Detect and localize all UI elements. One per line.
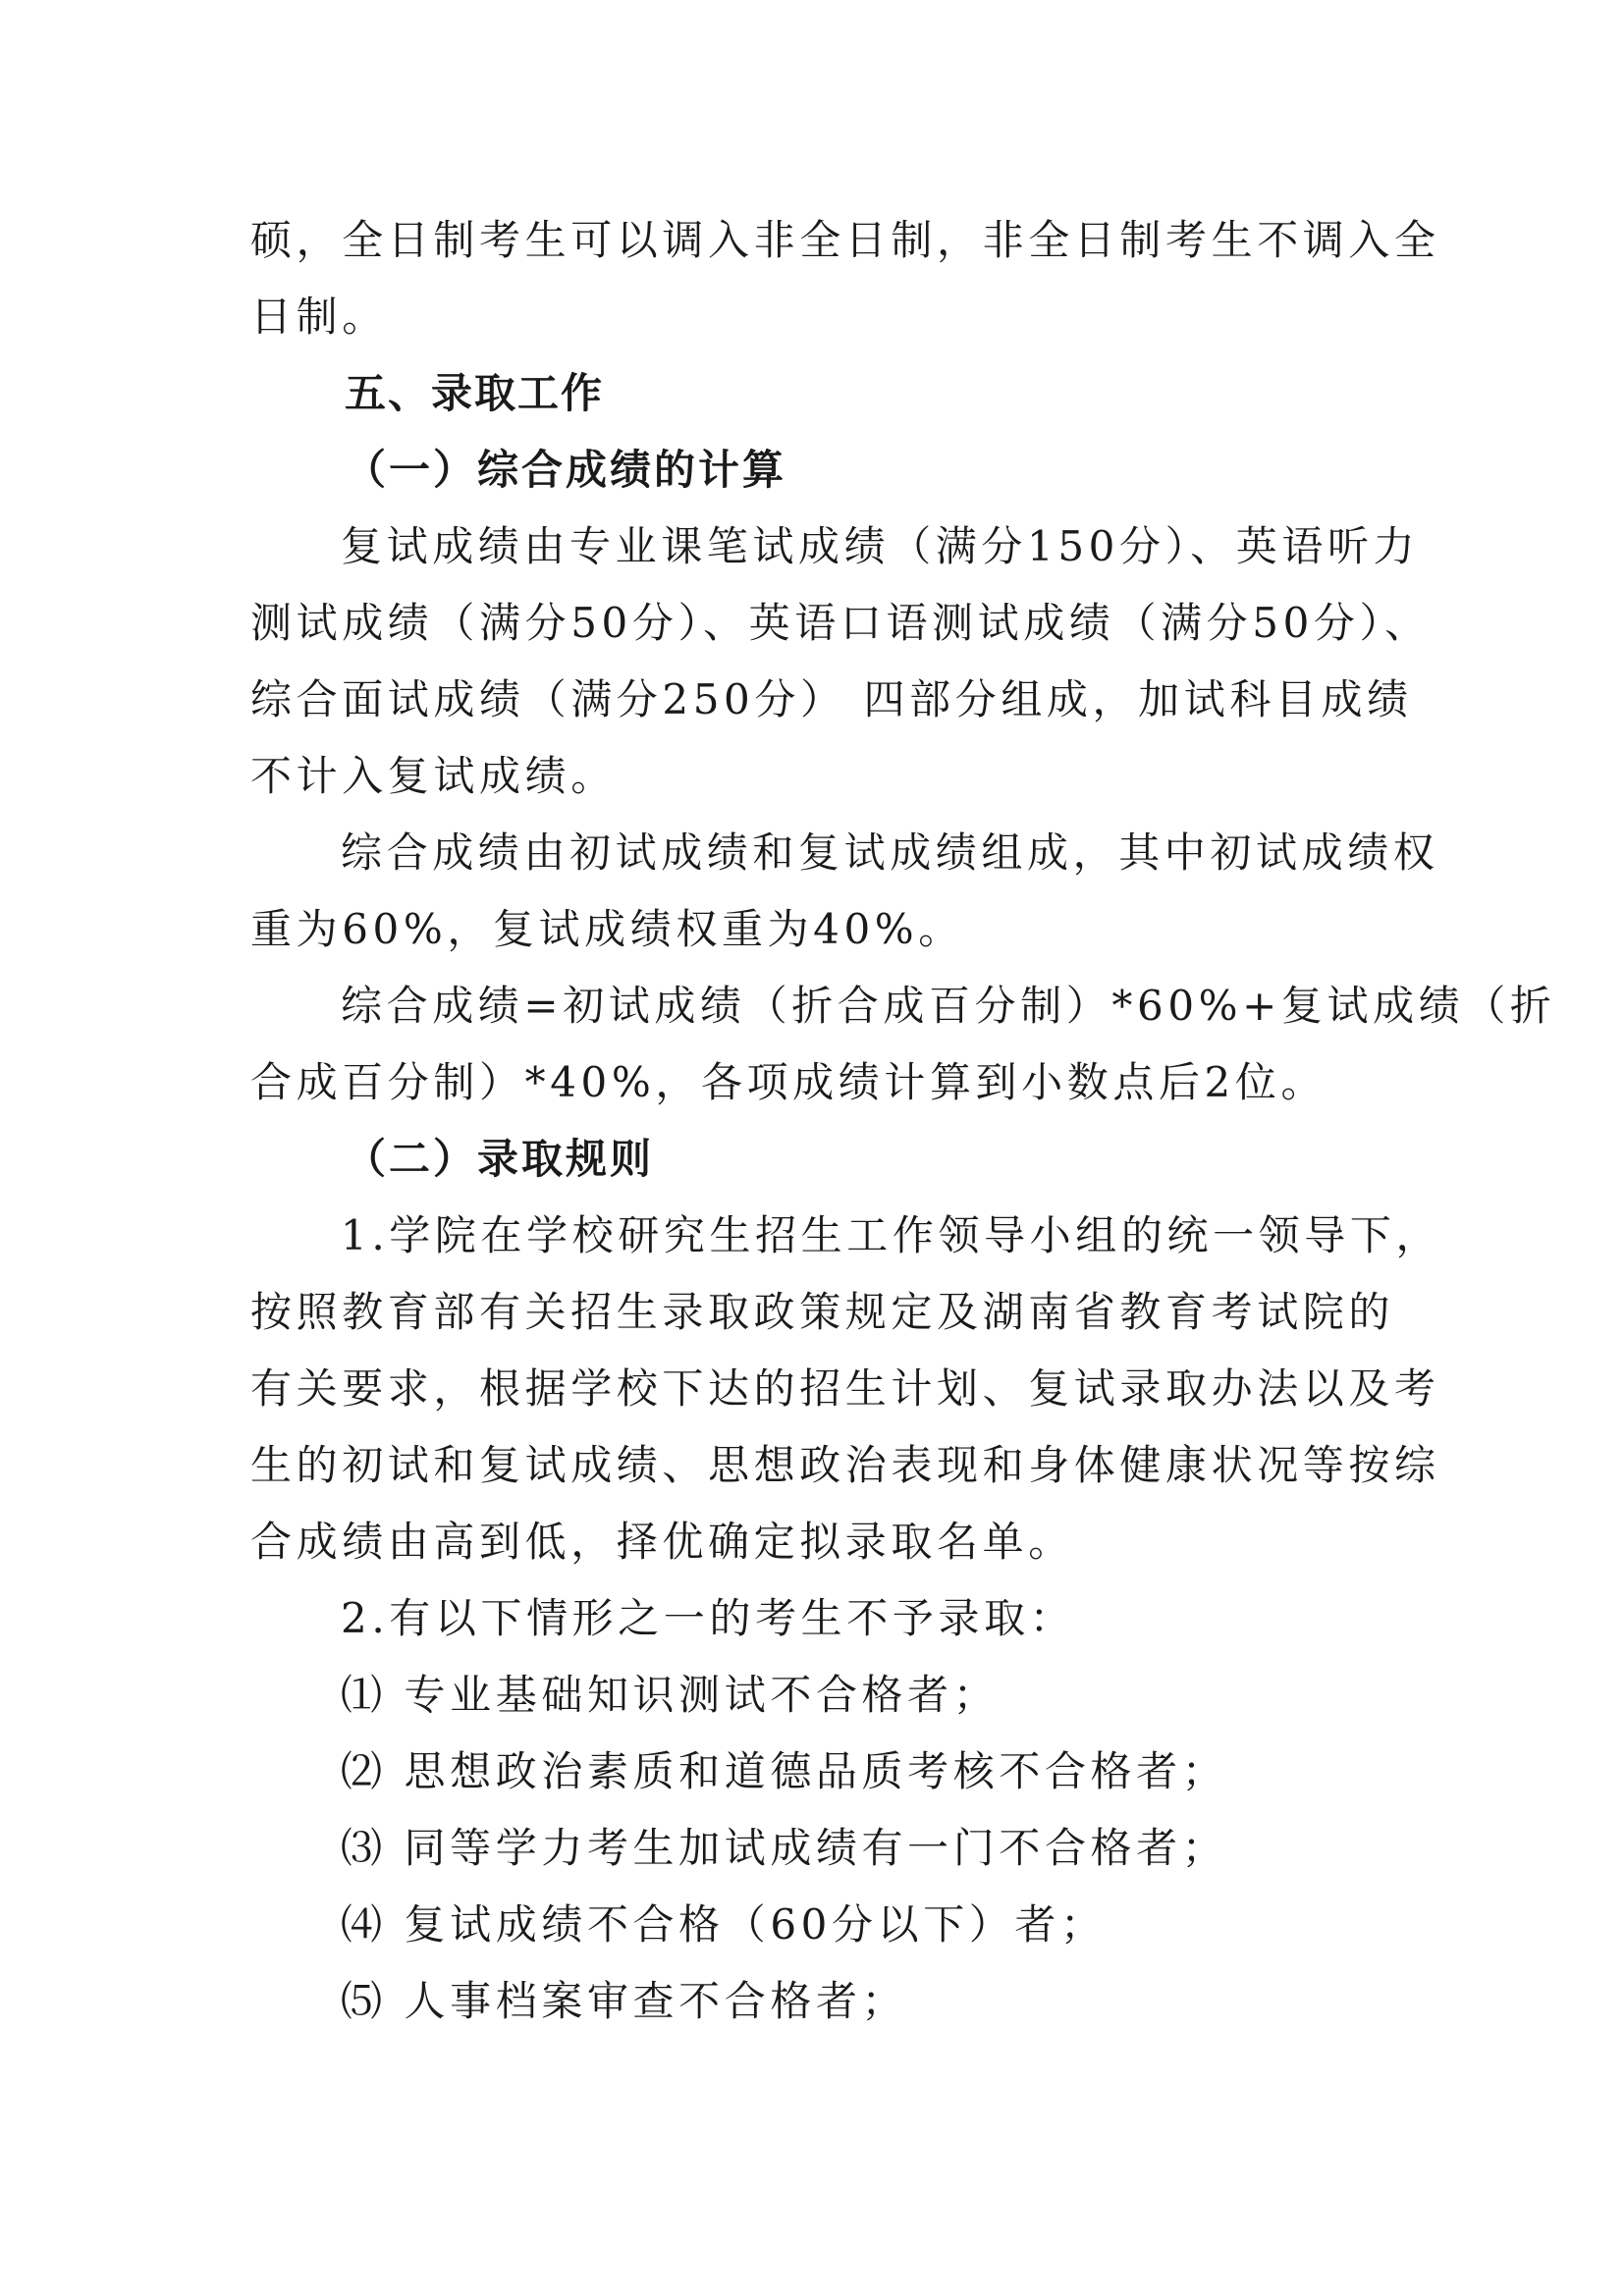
list-item: ⑵ 思想政治素质和道德品质考核不合格者；: [250, 1740, 1389, 1817]
body-line: 综合面试成绩（满分250分） 四部分组成，加试科目成绩: [250, 668, 1389, 745]
body-line: 测试成绩（满分50分）、英语口语测试成绩（满分50分）、: [250, 592, 1389, 668]
body-line: 不计入复试成绩。: [250, 745, 1389, 822]
subsection-heading: （二）录取规则: [250, 1128, 1389, 1204]
body-line: 合成百分制）*40%，各项成绩计算到小数点后2位。: [250, 1051, 1389, 1128]
body-line: 硕，全日制考生可以调入非全日制，非全日制考生不调入全: [250, 209, 1389, 286]
body-line: 合成绩由高到低，择优确定拟录取名单。: [250, 1511, 1389, 1587]
list-item: ⑷ 复试成绩不合格（60分以下）者；: [250, 1894, 1389, 1970]
list-item: ⑸ 人事档案审查不合格者；: [250, 1970, 1389, 2047]
paragraph-line: 综合成绩由初试成绩和复试成绩组成，其中初试成绩权: [250, 822, 1389, 898]
body-line: 生的初试和复试成绩、思想政治表现和身体健康状况等按综: [250, 1434, 1389, 1511]
paragraph-line: 1.学院在学校研究生招生工作领导小组的统一领导下，: [250, 1204, 1389, 1281]
paragraph-line: 2.有以下情形之一的考生不予录取：: [250, 1587, 1389, 1664]
body-line: 日制。: [250, 286, 1389, 362]
list-item: ⑴ 专业基础知识测试不合格者；: [250, 1664, 1389, 1740]
subsection-heading: （一）综合成绩的计算: [250, 439, 1389, 515]
paragraph-line: 复试成绩由专业课笔试成绩（满分150分）、英语听力: [250, 515, 1389, 592]
list-item: ⑶ 同等学力考生加试成绩有一门不合格者；: [250, 1817, 1389, 1894]
section-heading: 五、录取工作: [250, 362, 1389, 439]
paragraph-line: 综合成绩=初试成绩（折合成百分制）*60%+复试成绩（折: [250, 975, 1389, 1051]
body-line: 重为60%，复试成绩权重为40%。: [250, 898, 1389, 975]
document-page: 硕，全日制考生可以调入非全日制，非全日制考生不调入全 日制。 五、录取工作 （一…: [250, 209, 1389, 2047]
body-line: 有关要求，根据学校下达的招生计划、复试录取办法以及考: [250, 1358, 1389, 1434]
body-line: 按照教育部有关招生录取政策规定及湖南省教育考试院的: [250, 1281, 1389, 1358]
